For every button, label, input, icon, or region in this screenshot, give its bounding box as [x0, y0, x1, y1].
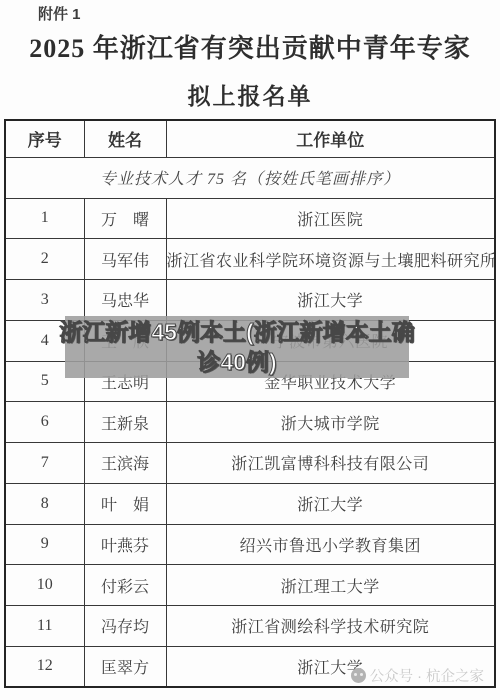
- work-unit-cell: 浙江省测绘科学技术研究院: [166, 606, 495, 647]
- news-headline-overlay: 浙江新增45例本土(浙江新增本土确 诊40例): [65, 316, 409, 378]
- attachment-label: 附件 1: [38, 3, 81, 24]
- row-number-cell: 9: [5, 524, 84, 565]
- work-unit-cell: 浙江医院: [166, 198, 495, 239]
- news-headline-line2: 诊40例): [197, 347, 276, 377]
- name-cell: 冯存均: [84, 606, 166, 647]
- document-page: 附件 1 2025 年浙江省有突出贡献中青年专家 拟上报名单 序号 姓名 工作单…: [0, 0, 500, 700]
- news-headline-line1: 浙江新增45例本土(浙江新增本土确: [59, 317, 414, 347]
- table-row: 1 万 曙 浙江医院: [5, 198, 495, 239]
- name-cell: 付彩云: [84, 565, 166, 606]
- watermark-text: 公众号 · 杭企之家: [370, 665, 484, 686]
- name-cell: 万 曙: [84, 198, 166, 239]
- document-title: 2025 年浙江省有突出贡献中青年专家: [0, 28, 500, 65]
- header-name: 姓名: [84, 120, 166, 157]
- row-number-cell: 3: [5, 280, 84, 321]
- work-unit-cell: 浙大城市学院: [166, 402, 495, 443]
- row-number-cell: 12: [5, 646, 84, 687]
- row-number-cell: 2: [5, 239, 84, 280]
- work-unit-cell: 浙江大学: [166, 280, 495, 321]
- name-cell: 匡翠方: [84, 646, 166, 687]
- table-header-row: 序号 姓名 工作单位: [5, 120, 495, 157]
- name-cell: 马军伟: [84, 239, 166, 280]
- name-cell: 王滨海: [84, 443, 166, 484]
- row-number-cell: 1: [5, 198, 84, 239]
- section-row: 专业技术人才 75 名（按姓氏笔画排序）: [5, 157, 495, 198]
- table-row: 9 叶燕芬 绍兴市鲁迅小学教育集团: [5, 524, 495, 565]
- table-row: 2 马军伟 浙江省农业科学院环境资源与土壤肥料研究所: [5, 239, 495, 280]
- document-subtitle: 拟上报名单: [0, 78, 500, 111]
- name-cell: 叶燕芬: [84, 524, 166, 565]
- work-unit-cell: 浙江大学: [166, 483, 495, 524]
- watermark: 公众号 · 杭企之家: [351, 666, 484, 684]
- row-number-cell: 6: [5, 402, 84, 443]
- table-row: 11 冯存均 浙江省测绘科学技术研究院: [5, 606, 495, 647]
- work-unit-cell: 浙江理工大学: [166, 565, 495, 606]
- official-account-icon: [351, 668, 366, 683]
- name-cell: 叶 娟: [84, 483, 166, 524]
- work-unit-cell: 浙江凯富博科科技有限公司: [166, 443, 495, 484]
- table-row: 6 王新泉 浙大城市学院: [5, 402, 495, 443]
- row-number-cell: 10: [5, 565, 84, 606]
- table-row: 10 付彩云 浙江理工大学: [5, 565, 495, 606]
- row-number-cell: 7: [5, 443, 84, 484]
- work-unit-cell: 浙江省农业科学院环境资源与土壤肥料研究所: [166, 239, 495, 280]
- name-cell: 王新泉: [84, 402, 166, 443]
- row-number-cell: 8: [5, 483, 84, 524]
- work-unit-cell: 绍兴市鲁迅小学教育集团: [166, 524, 495, 565]
- header-no: 序号: [5, 120, 84, 157]
- table-row: 8 叶 娟 浙江大学: [5, 483, 495, 524]
- roster-table: 序号 姓名 工作单位 专业技术人才 75 名（按姓氏笔画排序） 1 万 曙 浙江…: [4, 119, 496, 688]
- header-unit: 工作单位: [166, 120, 495, 157]
- row-number-cell: 11: [5, 606, 84, 647]
- table-row: 7 王滨海 浙江凯富博科科技有限公司: [5, 443, 495, 484]
- table-row: 3 马忠华 浙江大学: [5, 280, 495, 321]
- section-label: 专业技术人才 75 名（按姓氏笔画排序）: [5, 157, 495, 198]
- name-cell: 马忠华: [84, 280, 166, 321]
